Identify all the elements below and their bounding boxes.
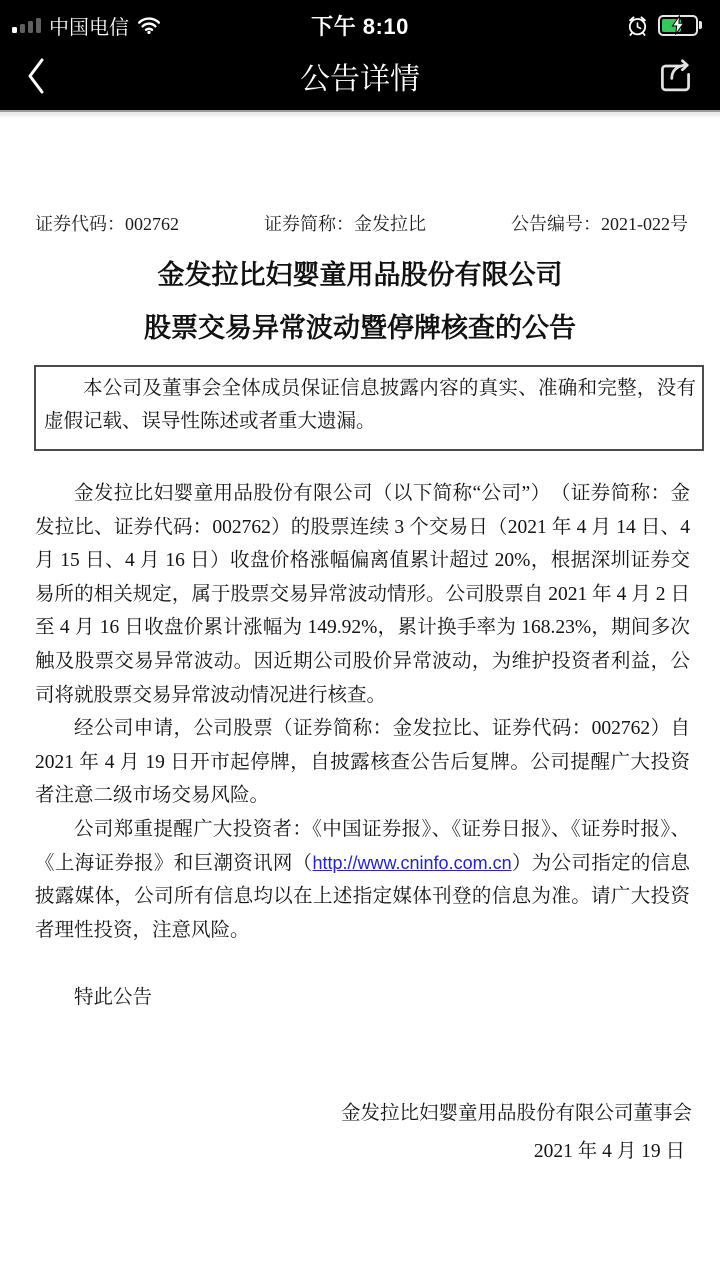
back-button[interactable] xyxy=(0,42,72,110)
status-bar: 中国电信 下午 8:10 xyxy=(0,0,720,42)
document-body: 金发拉比妇婴童用品股份有限公司（以下简称“公司”） （证券简称：金发拉比、证券代… xyxy=(35,477,690,1015)
page-title: 公告详情 xyxy=(0,54,720,98)
paragraph-abnormal-fluctuation: 金发拉比妇婴童用品股份有限公司（以下简称“公司”） （证券简称：金发拉比、证券代… xyxy=(35,477,690,712)
signature-board: 金发拉比妇婴童用品股份有限公司董事会 xyxy=(0,1095,692,1133)
disclaimer-box: 本公司及董事会全体成员保证信息披露内容的真实、准确和完整，没有虚假记载、误导性陈… xyxy=(34,365,704,451)
security-code: 证券代码：002762 xyxy=(35,210,179,236)
announcement-number: 公告编号：2021-022号 xyxy=(511,210,688,236)
status-left-group: 中国电信 xyxy=(12,11,626,40)
disclaimer-text: 本公司及董事会全体成员保证信息披露内容的真实、准确和完整，没有虚假记载、误导性陈… xyxy=(44,378,696,432)
announcement-document: 证券代码：002762 证券简称：金发拉比 公告编号：2021-022号 金发拉… xyxy=(0,118,720,1171)
announcement-detail-screen: 中国电信 下午 8:10 xyxy=(0,0,720,1280)
share-button[interactable] xyxy=(630,42,720,110)
share-icon xyxy=(654,55,696,97)
paragraph-suspension: 经公司申请，公司股票（证券简称：金发拉比、证券代码：002762）自 2021 … xyxy=(35,712,690,813)
company-name-title: 金发拉比妇婴童用品股份有限公司 xyxy=(0,253,720,292)
chevron-left-icon xyxy=(24,54,48,98)
paragraph-media-notice: 公司郑重提醒广大投资者：《中国证券报》、《证券日报》、《证券时报》、《上海证券报… xyxy=(35,813,690,947)
signature-date: 2021 年 4 月 19 日 xyxy=(0,1133,692,1171)
document-meta-row: 证券代码：002762 证券简称：金发拉比 公告编号：2021-022号 xyxy=(35,210,688,236)
nav-bar: 公告详情 xyxy=(0,42,720,110)
signal-bars-icon xyxy=(12,17,41,33)
announcement-title: 股票交易异常波动暨停牌核查的公告 xyxy=(0,306,720,345)
status-right-group xyxy=(626,14,704,37)
cninfo-link[interactable]: http://www.cninfo.com.cn xyxy=(313,853,512,873)
alarm-clock-icon xyxy=(626,14,649,37)
top-chrome: 中国电信 下午 8:10 xyxy=(0,0,720,110)
header-shadow-divider xyxy=(0,110,720,118)
security-name: 证券简称：金发拉比 xyxy=(264,210,426,236)
closing-statement: 特此公告 xyxy=(35,981,690,1015)
carrier-label: 中国电信 xyxy=(49,11,129,40)
battery-charging-icon xyxy=(658,14,704,36)
signature-block: 金发拉比妇婴童用品股份有限公司董事会 2021 年 4 月 19 日 xyxy=(0,1095,692,1171)
wifi-icon xyxy=(137,16,161,34)
